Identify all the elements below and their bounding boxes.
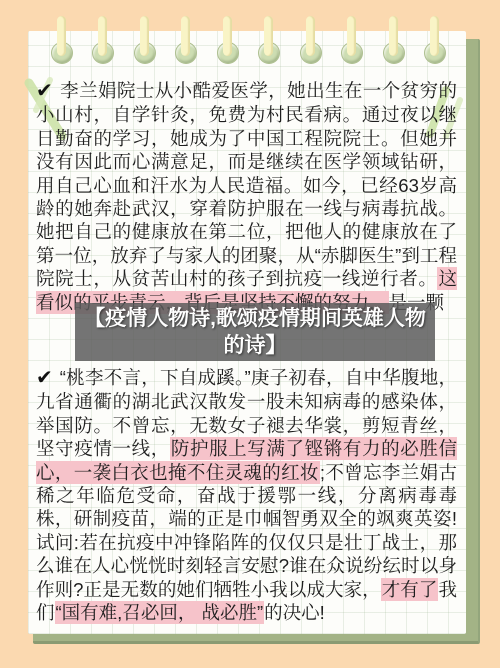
spiral-binding xyxy=(52,16,445,66)
article-title: 【疫情人物诗,歌颂疫情期间英雄人物的诗】 xyxy=(75,305,435,359)
ring-pin-icon xyxy=(306,16,315,56)
ring-pin-icon xyxy=(181,16,190,56)
ring-pin-icon xyxy=(430,16,439,56)
ring-pin-icon xyxy=(140,16,149,56)
body-text: 李兰娟院士从小酷爱医学，她出生在一个贫穷的小山村，自学针灸，免费为村民看病。通过… xyxy=(36,80,457,289)
paragraph-li-lanjuan: ✔李兰娟院士从小酷爱医学，她出生在一个贫穷的小山村，自学针灸，免费为村民看病。通… xyxy=(36,79,457,314)
spiral-ring xyxy=(259,16,279,66)
paragraph-heroine-tribute: ✔“桃李不言，下自成蹊。”庚子初春，自中华腹地，九省通衢的湖北武汉散发一股未知病… xyxy=(36,366,457,624)
ring-pin-icon xyxy=(98,16,107,56)
check-icon: ✔ xyxy=(36,80,53,102)
spiral-ring xyxy=(301,16,321,66)
highlighted-text: “国有难,召必回， 战必胜” xyxy=(55,601,265,624)
body-text: 的决心! xyxy=(264,602,325,623)
spiral-ring xyxy=(52,16,72,66)
spiral-ring xyxy=(425,16,445,66)
spiral-ring xyxy=(384,16,404,66)
ring-pin-icon xyxy=(57,16,66,56)
spiral-ring xyxy=(176,16,196,66)
spiral-ring xyxy=(93,16,113,66)
article-cover-image: ✔李兰娟院士从小酷爱医学，她出生在一个贫穷的小山村，自学针灸，免费为村民看病。通… xyxy=(0,0,500,668)
spiral-ring xyxy=(342,16,362,66)
spiral-ring xyxy=(218,16,238,66)
highlighted-text: 才有了 xyxy=(381,578,439,601)
spiral-ring xyxy=(135,16,155,66)
ring-pin-icon xyxy=(264,16,273,56)
check-icon: ✔ xyxy=(36,367,53,389)
ring-pin-icon xyxy=(347,16,356,56)
ring-pin-icon xyxy=(389,16,398,56)
ring-pin-icon xyxy=(223,16,232,56)
title-overlay-band: 【疫情人物诗,歌颂疫情期间英雄人物的诗】 xyxy=(75,303,435,361)
